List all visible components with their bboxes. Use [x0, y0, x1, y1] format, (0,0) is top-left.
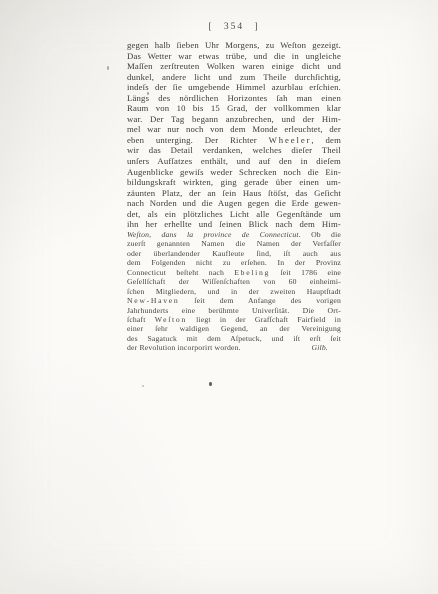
margin-mark	[107, 66, 109, 70]
text-segment: dem Folgenden nicht zu erſehen. In der P…	[127, 258, 341, 267]
footnote-line: einer ſehr waldigen Gegend, an der Verei…	[127, 324, 341, 333]
text-segment: Augenblicke gewiſs weder Schrecken noch …	[127, 167, 341, 177]
print-speck	[142, 385, 144, 387]
footnote-line: ſchen Mitgliedern, und in der zweiten Ha…	[127, 287, 341, 296]
main-text-line: Längs des nördlichen Horizontes ſah man …	[127, 93, 341, 104]
footnote-block: Weſton, dans la province de Connecticut.…	[127, 230, 341, 353]
footnote-line: New-Haven ſeit dem Anfange des vorigen	[127, 296, 341, 305]
text-segment: nach Norden und die Augen gegen die Erde…	[127, 198, 341, 208]
text-segment: det, als ein plötzliches Licht alle Gege…	[127, 209, 341, 219]
text-segment: bildungskraft wirkten, ging gerade über …	[127, 177, 341, 187]
main-text-line: wir das Detail verdanken, welches dieſer…	[127, 145, 341, 156]
text-segment: Connecticut beſteht nach	[127, 268, 234, 277]
text-segment: eben unterging. Der Richter	[127, 135, 269, 145]
main-text-block: gegen halb ſieben Uhr Morgens, zu Weſton…	[127, 40, 341, 230]
text-segment: unſers Aufſatzes enthält, und auf den in…	[127, 156, 341, 166]
print-speck	[209, 382, 212, 386]
text-segment: New-Haven	[127, 296, 179, 305]
main-text-line: gegen halb ſieben Uhr Morgens, zu Weſton…	[127, 40, 341, 51]
footnote-line: Jahrhunderts eine berühmte Univerſität. …	[127, 306, 341, 315]
main-text-line: war. Der Tag begann anzubrechen, und der…	[127, 114, 341, 125]
text-segment: oder überlandender Kaufleute ſind, iſt a…	[127, 249, 341, 258]
text-segment: wir das Detail verdanken, welches dieſer…	[127, 145, 341, 155]
main-text-line: bildungskraft wirkten, ging gerade über …	[127, 177, 341, 188]
text-segment: Gilb.	[312, 343, 329, 352]
text-segment: mel war nur noch von dem Monde erleuchte…	[127, 124, 341, 134]
print-speck	[147, 92, 149, 95]
main-text-line: mel war nur noch von dem Monde erleuchte…	[127, 124, 341, 135]
text-segment: dunkel, andere licht und zum Theile durc…	[127, 72, 341, 82]
footnote-line: ſchaft Weſton liegt in der Grafſchaft Fa…	[127, 315, 341, 324]
main-text-line: unſers Aufſatzes enthält, und auf den in…	[127, 156, 341, 167]
main-text-line: Maſſen zerſtreuten Wolken waren einige d…	[127, 61, 341, 72]
text-segment: zäunten Platz, der an ſein Haus ſtöſst, …	[127, 188, 341, 198]
main-text-line: dunkel, andere licht und zum Theile durc…	[127, 72, 341, 83]
text-segment: Weſton	[155, 315, 187, 324]
footnote-line: oder überlandender Kaufleute ſind, iſt a…	[127, 249, 341, 258]
main-text-line: Augenblicke gewiſs weder Schrecken noch …	[127, 167, 341, 178]
text-segment: Längs des nördlichen Horizontes ſah man …	[127, 93, 341, 103]
text-segment: des Sagatuck mit dem Aſpetuck, und iſt e…	[127, 334, 341, 343]
text-segment: Raum von 10 bis 15 Grad, der vollkommen …	[127, 103, 341, 113]
text-segment: zuerſt genannten Namen die Namen der Ver…	[127, 239, 341, 248]
main-text-line: zäunten Platz, der an ſein Haus ſtöſst, …	[127, 188, 341, 199]
text-segment: indeſs der ſie umgebende Himmel azurblau…	[127, 82, 341, 92]
main-text-line: nach Norden und die Augen gegen die Erde…	[127, 198, 341, 209]
text-segment: ſeit dem Anfange des vorigen	[179, 296, 341, 305]
footnote-line: Weſton, dans la province de Connecticut.…	[127, 230, 341, 239]
footnote-line: dem Folgenden nicht zu erſehen. In der P…	[127, 258, 341, 267]
text-segment: Wheeler	[269, 135, 312, 145]
text-segment: war. Der Tag begann anzubrechen, und der…	[127, 114, 341, 124]
text-segment: ihn her erhellte und ſeinen Blick nach d…	[127, 219, 341, 229]
text-segment: Geſellſchaft der Wiſſenſchaften von 60 e…	[127, 277, 341, 286]
main-text-line: Das Wetter war etwas trübe, und die in u…	[127, 51, 341, 62]
page-number: [ 354 ]	[127, 22, 341, 32]
main-text-line: ihn her erhellte und ſeinen Blick nach d…	[127, 219, 341, 230]
main-text-line: indeſs der ſie umgebende Himmel azurblau…	[127, 82, 341, 93]
main-text-line: eben unterging. Der Richter Wheeler, dem	[127, 135, 341, 146]
text-segment: Ebeling	[234, 268, 270, 277]
text-segment: Ob die	[301, 230, 341, 239]
main-text-line: Raum von 10 bis 15 Grad, der vollkommen …	[127, 103, 341, 114]
text-segment: ſchaft	[127, 315, 155, 324]
text-segment: der Revolution incorporirt worden.	[127, 343, 241, 352]
main-text-line: det, als ein plötzliches Licht alle Gege…	[127, 209, 341, 220]
text-segment: liegt in der Grafſchaft Fairfield in	[187, 315, 341, 324]
footnote-line: Connecticut beſteht nach Ebeling ſeit 17…	[127, 268, 341, 277]
text-segment: einer ſehr waldigen Gegend, an der Verei…	[127, 324, 341, 333]
text-segment: , dem	[311, 135, 341, 145]
text-segment: ſeit 1786 eine	[270, 268, 341, 277]
text-segment: Das Wetter war etwas trübe, und die in u…	[127, 51, 341, 61]
text-segment: Jahrhunderts eine berühmte Univerſität. …	[127, 306, 341, 315]
book-page: [ 354 ] gegen halb ſieben Uhr Morgens, z…	[0, 0, 438, 594]
footnote-line: zuerſt genannten Namen die Namen der Ver…	[127, 239, 341, 248]
footnote-line: des Sagatuck mit dem Aſpetuck, und iſt e…	[127, 334, 341, 343]
text-segment: gegen halb ſieben Uhr Morgens, zu Weſton…	[127, 40, 341, 50]
footnote-line: der Revolution incorporirt worden.Gilb.	[127, 343, 341, 352]
text-segment: Maſſen zerſtreuten Wolken waren einige d…	[127, 61, 341, 71]
text-segment: Weſton, dans la province de Connecticut.	[127, 230, 301, 239]
text-segment: ſchen Mitgliedern, und in der zweiten Ha…	[127, 287, 341, 296]
footnote-line: Geſellſchaft der Wiſſenſchaften von 60 e…	[127, 277, 341, 286]
